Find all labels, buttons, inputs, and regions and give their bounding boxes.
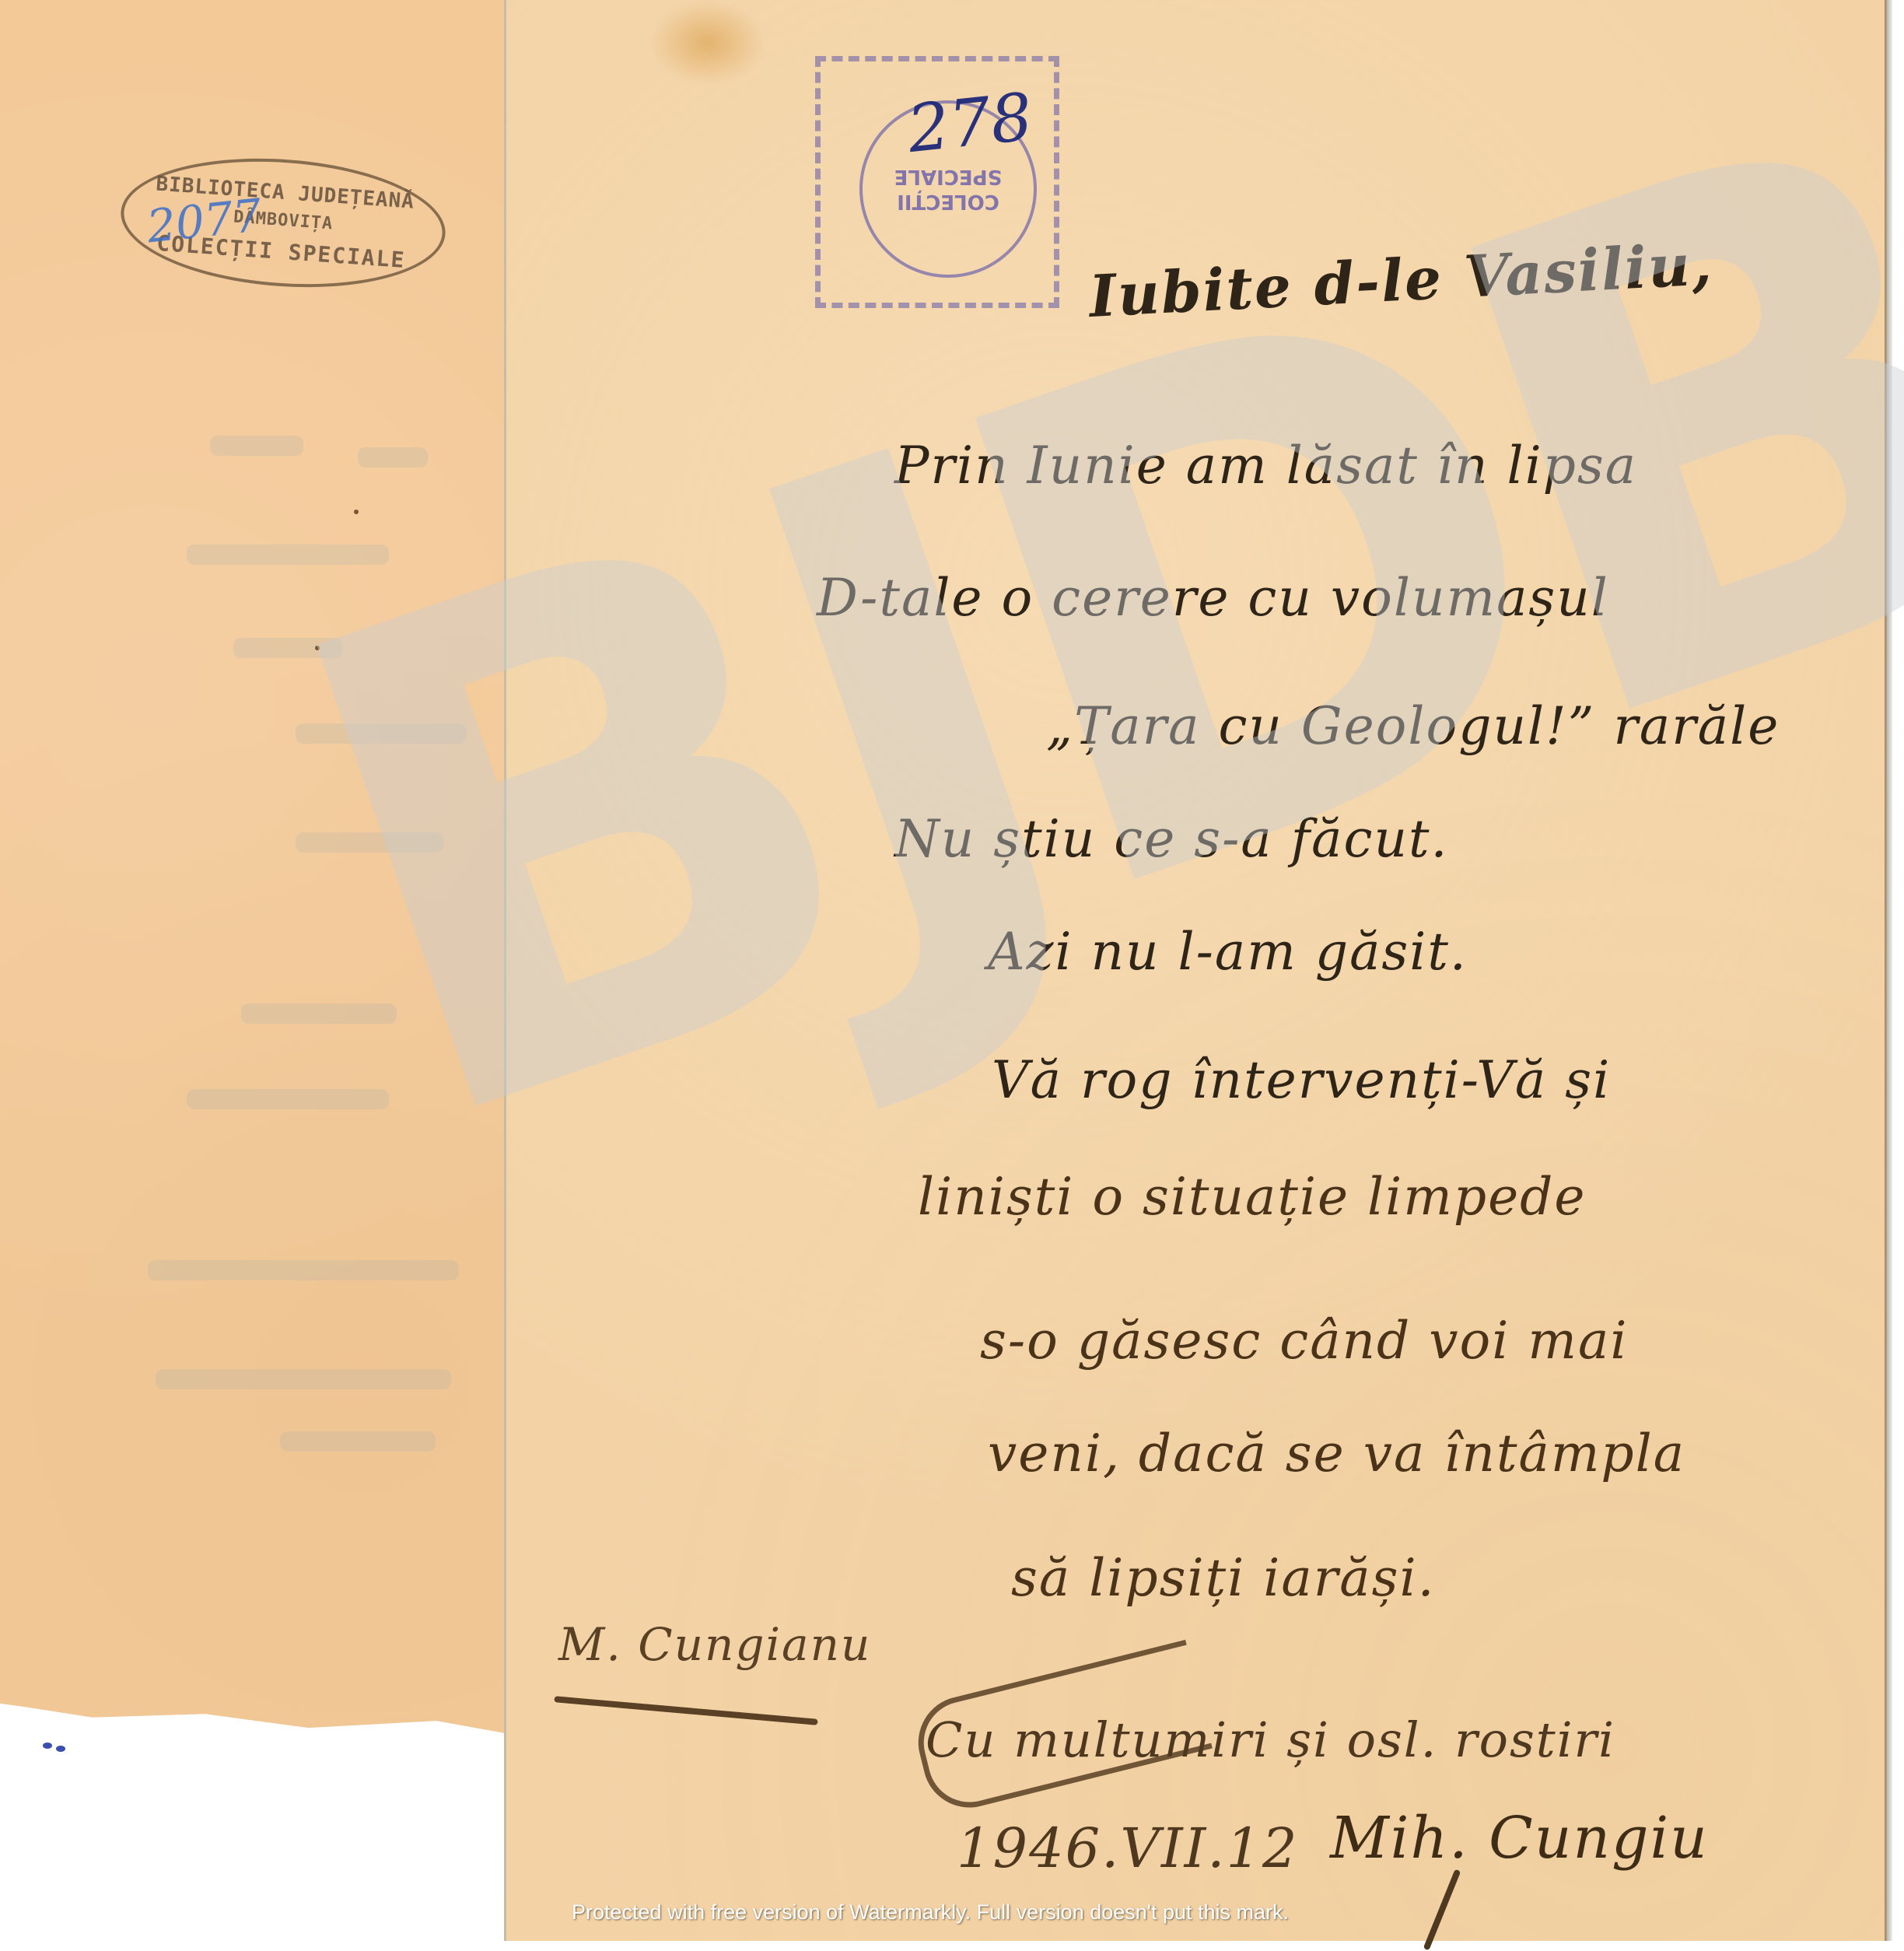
letter-line: să lipsiți iarăși. (1011, 1548, 1436, 1608)
bleed-through-text (233, 638, 342, 658)
letter-line: Vă rog întervenți-Vă și (992, 1050, 1611, 1110)
seal-inner-text: COLECȚII SPECIALE (863, 164, 1034, 214)
paper-speck (31, 1715, 40, 1726)
bleed-through-text (148, 1260, 459, 1280)
bleed-through-text (358, 447, 428, 468)
author-signature: Mih. Cungiu (1330, 1805, 1709, 1872)
seal-line-1: COLECȚII (863, 189, 1034, 214)
ink-speck (43, 1743, 52, 1749)
letter-line: veni, dacă se va întâmpla (988, 1424, 1685, 1483)
letter-line: D-tale o cerere cu volumașul (817, 568, 1609, 628)
watermarkly-notice: Protected with free version of Watermark… (572, 1900, 1289, 1925)
square-library-stamp: COLECȚII SPECIALE 278 (815, 56, 1059, 308)
letter-line: liniști o situație limpede (918, 1167, 1586, 1227)
bleed-through-text (187, 545, 389, 565)
bleed-through-text (187, 1089, 389, 1109)
paper-speck (315, 646, 320, 650)
margin-signature: M. Cungianu (558, 1618, 871, 1671)
ink-speck (56, 1746, 65, 1752)
bleed-through-text (241, 1004, 397, 1024)
letter-line: s-o găsesc când voi mai (980, 1311, 1628, 1371)
letter-line: „Țara cu Geologul!” rarăle (1046, 696, 1780, 756)
bleed-through-text (296, 832, 443, 853)
inventory-number: 278 (904, 79, 1036, 167)
letter-date: 1946.VII.12 (957, 1816, 1299, 1880)
foxing-stain (649, 0, 766, 86)
bleed-through-text (210, 436, 303, 456)
oval-library-stamp: BIBLIOTECA JUDEȚEANĂ DÂMBOVIȚA COLECȚII … (117, 149, 450, 298)
letter-line: Prin Iunie am lăsat în lipsa (894, 436, 1637, 496)
seal-line-2: SPECIALE (863, 164, 1034, 189)
paper-speck (354, 510, 359, 514)
letter-line: Nu știu ce s-a făcut. (894, 809, 1448, 869)
letter-line: Azi nu l-am găsit. (988, 922, 1468, 982)
letter-closing: Cu multumiri și osl. rostiri (926, 1711, 1615, 1768)
bleed-through-text (156, 1369, 451, 1389)
sheet-edge (1885, 0, 1892, 1941)
back-sheet: BIBLIOTECA JUDEȚEANĂ DÂMBOVIȚA COLECȚII … (0, 0, 513, 1735)
bleed-through-text (296, 723, 467, 744)
bleed-through-text (280, 1431, 436, 1452)
